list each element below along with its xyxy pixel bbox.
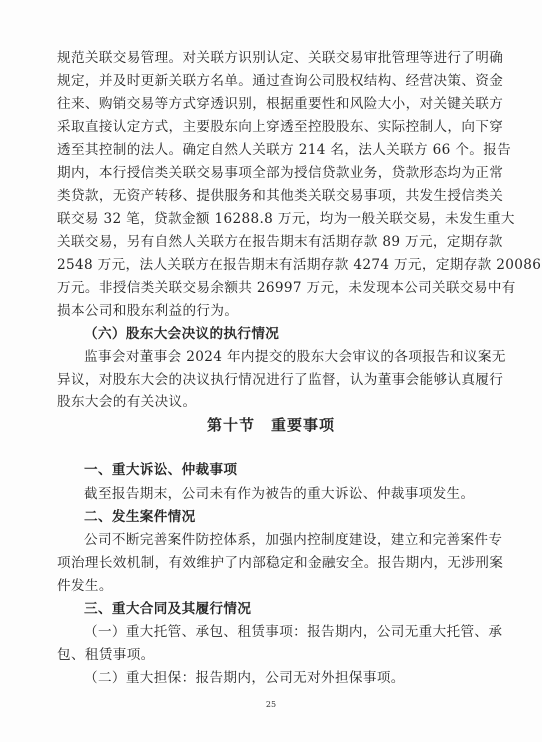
paragraph-line: （二）重大担保：报告期内，公司无对外担保事项。	[84, 668, 473, 688]
paragraph-line: 往来、购销交易等方式穿透识别，根据重要性和风险大小，对关键关联方	[57, 94, 473, 114]
paragraph-line: 类贷款，无资产转移、提供服务和其他类关联交易事项，共发生授信类关	[57, 186, 473, 206]
paragraph-line: （一）重大托管、承包、租赁事项：报告期内，公司无重大托管、承	[84, 622, 473, 642]
paragraph-line: 2548 万元，法人关联方在报告期末有活期存款 4274 万元，定期存款 200…	[57, 255, 473, 275]
paragraph-line: 采取直接认定方式，主要股东向上穿透至控股股东、实际控制人，向下穿	[57, 117, 473, 137]
section-heading: 第十节 重要事项	[0, 414, 542, 435]
paragraph-line: 损本公司和股东利益的行为。	[57, 301, 473, 321]
paragraph-line: 透至其控制的法人。确定自然人关联方 214 名，法人关联方 66 个。报告	[57, 140, 473, 160]
item-title: 三、重大合同及其履行情况	[84, 599, 473, 619]
subsection-title: （六）股东大会决议的执行情况	[84, 324, 473, 344]
item-title: 一、重大诉讼、仲裁事项	[84, 460, 473, 480]
paragraph-line: 件发生。	[57, 576, 473, 596]
paragraph-line: 项治理长效机制，有效维护了内部稳定和金融安全。报告期内，无涉刑案	[57, 553, 473, 573]
paragraph-line: 公司不断完善案件防控体系，加强内控制度建设，建立和完善案件专	[84, 530, 473, 550]
paragraph-line: 规范关联交易管理。对关联方识别认定、关联交易审批管理等进行了明确	[57, 48, 473, 68]
page-number: 25	[0, 700, 542, 709]
paragraph-line: 规定，并及时更新关联方名单。通过查询公司股权结构、经营决策、资金	[57, 71, 473, 91]
paragraph-line: 包、租赁事项。	[57, 645, 473, 665]
paragraph-line: 关联交易，另有自然人关联方在报告期末有活期存款 89 万元，定期存款	[57, 232, 473, 252]
paragraph-line: 股东大会的有关决议。	[57, 392, 473, 412]
document-page: 规范关联交易管理。对关联方识别认定、关联交易审批管理等进行了明确 规定，并及时更…	[0, 0, 542, 742]
paragraph-line: 万元。非授信类关联交易余额共 26997 万元，未发现本公司关联交易中有	[57, 278, 473, 298]
item-title: 二、发生案件情况	[84, 507, 473, 527]
paragraph-line: 期内，本行授信类关联交易事项全部为授信贷款业务，贷款形态均为正常	[57, 163, 473, 183]
paragraph-line: 异议，对股东大会的决议执行情况进行了监督，认为董事会能够认真履行	[57, 370, 473, 390]
paragraph-line: 联交易 32 笔，贷款金额 16288.8 万元，均为一般关联交易，未发生重大	[57, 209, 473, 229]
paragraph-line: 监事会对董事会 2024 年内提交的股东大会审议的各项报告和议案无	[84, 347, 473, 367]
paragraph-line: 截至报告期末，公司未有作为被告的重大诉讼、仲裁事项发生。	[84, 484, 473, 504]
